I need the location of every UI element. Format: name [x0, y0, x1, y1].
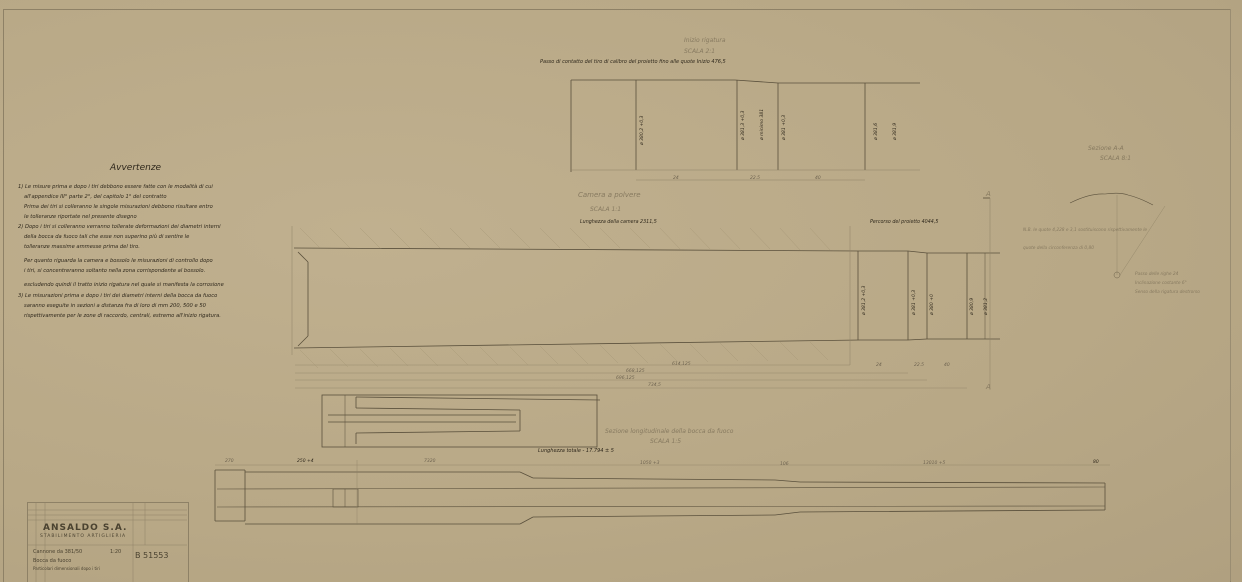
dimension-label: 40 — [944, 363, 950, 368]
company-name: ANSALDO S.A. — [43, 523, 127, 533]
rifling-scale: SCALA 2:1 — [684, 48, 715, 55]
dimension-label: 40 — [815, 176, 821, 181]
diameter-label: ø 381,3 +0,3 — [741, 111, 746, 140]
dimension-label: 668,125 — [626, 369, 645, 374]
dimension-label: 614,125 — [672, 362, 691, 367]
notes-title: Avvertenze — [110, 163, 161, 173]
rifling-caption: Passo di contatto del tiro di calibro de… — [540, 59, 726, 65]
dimension-label: 250 +4 — [297, 459, 314, 464]
diameter-label: ø 381,6 — [874, 123, 879, 140]
chamber-title: Camera a polvere — [578, 191, 641, 199]
section-aa-note: quote della circonferenza di 0,80 — [1023, 246, 1094, 251]
technical-linework — [0, 0, 1242, 582]
note-line: rispettivamente per le zone di raccordo,… — [24, 313, 221, 319]
projectile-travel-label: Percorso del proietto 4044,5 — [870, 220, 938, 225]
section-marker-a-top: A — [986, 190, 991, 198]
dimension-label: 22.5 — [750, 176, 760, 181]
diameter-label: ø 381 +0,3 — [912, 290, 917, 315]
section-aa-note: N.B. le quote 4,228 e 3,1 sostituiscono … — [1023, 228, 1147, 233]
note-line: tolleranze massime ammesse prima del tir… — [24, 244, 140, 250]
note-line: saranno eseguite in sezioni a distanza f… — [24, 303, 206, 309]
diameter-label: ø 380 +0 — [930, 294, 935, 315]
note-line: Prima dei tiri si colleranno le singole … — [24, 204, 213, 210]
dimension-label: 80 — [1093, 460, 1099, 465]
dimension-label: 734,5 — [648, 383, 661, 388]
note-line: 3) Le misurazioni prima e dopo i tiri de… — [18, 293, 217, 299]
diameter-label: ø minimo 381 — [760, 109, 765, 140]
long-section-scale: SCALA 1:5 — [650, 438, 681, 445]
drawing-number: B 51553 — [135, 551, 168, 560]
diameter-label: ø 381,9 — [893, 123, 898, 140]
section-aa-note: Passo delle righe 24 — [1135, 272, 1178, 277]
diameter-label: ø 381 +0,3 — [782, 115, 787, 140]
drawing-title: Cannone da 381/50 — [33, 549, 82, 555]
rifling-title: Inizio rigatura — [684, 37, 726, 44]
company-subtitle: STABILIMENTO ARTIGLIERIA — [40, 534, 126, 539]
note-line: all'appendice III° parte 2°, del capitol… — [24, 194, 167, 200]
diameter-label: ø 380,9 — [970, 298, 975, 315]
chamber-scale: SCALA 1:1 — [590, 206, 621, 213]
long-section-title: Sezione longitudinale della bocca da fuo… — [605, 428, 733, 435]
dimension-label: 1050 +3 — [640, 461, 660, 466]
diameter-label: ø 380,2 +0,3 — [640, 116, 645, 145]
dimension-label: 24 — [876, 363, 882, 368]
dimension-label: 696,125 — [616, 376, 635, 381]
diameter-label: ø 381,2 +0,3 — [862, 286, 867, 315]
dimension-label: 7320 — [424, 459, 435, 464]
chamber-length-label: Lunghezza della camera 2311,5 — [580, 220, 657, 225]
note-line: escludendo quindi il tratto inizio rigat… — [24, 282, 224, 288]
drawing-scale: 1:20 — [110, 549, 121, 555]
note-line: Per quanto riguarda la camera e bossolo … — [24, 258, 213, 264]
dimension-label: 13010 +5 — [923, 461, 945, 466]
note-line: della bocca da fuoco tali che esse non s… — [24, 234, 189, 240]
section-marker-a: A — [986, 383, 991, 391]
dimension-label: 270 — [225, 459, 234, 464]
note-line: le tolleranze riportate nel presente dis… — [24, 214, 137, 220]
section-aa-note: Senso della rigatura destrorso — [1135, 290, 1200, 295]
diameter-label: ø 381,2 — [984, 298, 989, 315]
section-aa-scale: SCALA 8:1 — [1100, 155, 1131, 162]
note-line: 2) Dopo i tiri si colleranno verranno to… — [18, 224, 221, 230]
dimension-label: 24 — [673, 176, 679, 181]
drawing-description: Particolari dimensionali dopo i tiri — [33, 566, 100, 571]
dimension-label: 22.5 — [914, 363, 924, 368]
dimension-label: 106 — [780, 462, 789, 467]
total-length-label: Lunghezza totale - 17.794 ± 5 — [538, 448, 614, 454]
note-line: i tiri, si concentreranno soltanto nella… — [24, 268, 205, 274]
note-line: 1) Le misure prima e dopo i tiri debbono… — [18, 184, 213, 190]
section-aa-title: Sezione A-A — [1088, 145, 1124, 152]
drawing-subtitle: Bocca da fuoco — [33, 558, 71, 564]
section-aa-note: Inclinazione costante 6° — [1135, 281, 1187, 286]
